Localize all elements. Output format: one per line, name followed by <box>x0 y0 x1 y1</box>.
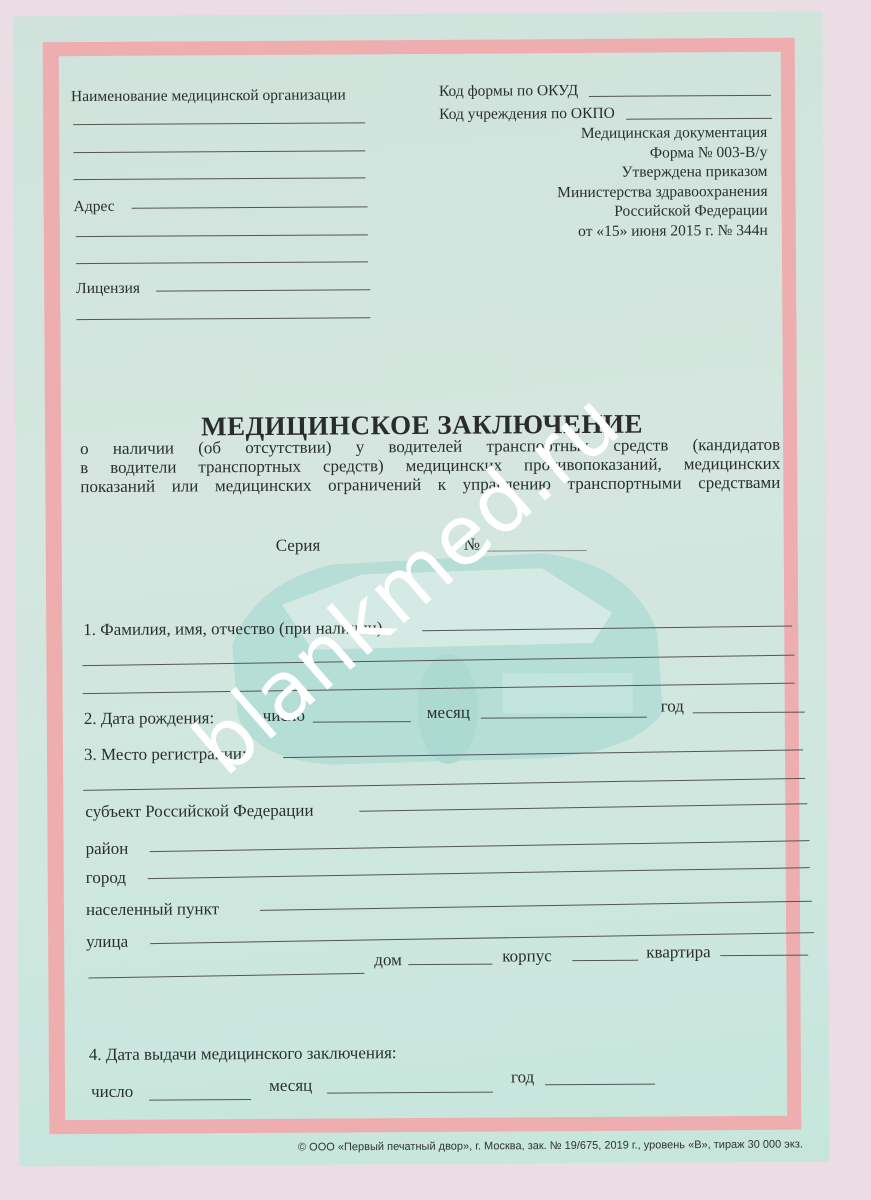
address-label: Адрес <box>74 199 115 215</box>
address-line-2[interactable] <box>76 234 368 237</box>
okpo-label: Код учреждения по ОКПО <box>439 106 615 123</box>
house-label: дом <box>374 951 402 968</box>
building-field[interactable] <box>572 960 638 961</box>
org-name-line-1[interactable] <box>73 122 365 125</box>
form-approval-block: Медицинская документация Форма № 003-В/у… <box>557 123 768 241</box>
doc-type: Медицинская документация <box>557 123 768 144</box>
ministry: Министерства здравоохранения <box>557 181 768 202</box>
issue-day-label: число <box>91 1083 133 1100</box>
org-name-line-2[interactable] <box>73 150 365 153</box>
section-4-issue-date-label: 4. Дата выдачи медицинского заключения: <box>89 1044 397 1063</box>
okud-field[interactable] <box>589 95 771 97</box>
subtitle-line-3: показаний или медицинских ограничений к … <box>80 473 780 496</box>
org-name-line-3[interactable] <box>73 177 365 180</box>
series-label: Серия <box>276 537 321 554</box>
license-line-2[interactable] <box>76 317 370 320</box>
address-extra-field[interactable] <box>88 973 364 979</box>
birth-month-label: месяц <box>427 704 470 721</box>
apartment-label: квартира <box>646 943 711 960</box>
document-subtitle: о наличии (об отсутствии) у водителей тр… <box>80 435 780 496</box>
issue-year-field[interactable] <box>545 1084 655 1086</box>
address-line-1[interactable] <box>132 206 368 208</box>
city-field[interactable] <box>148 867 810 879</box>
okud-label: Код формы по ОКУД <box>439 83 578 99</box>
address-line-3[interactable] <box>76 261 368 264</box>
district-label: район <box>86 840 129 857</box>
order-date: от «15» июня 2015 г. № 344н <box>557 220 768 241</box>
settlement-field[interactable] <box>260 901 812 911</box>
license-label: Лицензия <box>76 281 140 297</box>
birth-year-label: год <box>661 697 684 714</box>
org-name-label: Наименование медицинской организации <box>71 87 346 104</box>
settlement-label: населенный пункт <box>86 900 219 918</box>
issue-month-field[interactable] <box>327 1092 493 1094</box>
issue-month-label: месяц <box>269 1077 312 1094</box>
street-field[interactable] <box>150 932 814 944</box>
city-label: город <box>86 869 126 886</box>
street-label: улица <box>86 933 128 950</box>
approved-by: Утверждена приказом <box>557 162 768 183</box>
issue-year-label: год <box>511 1068 534 1085</box>
license-line-1[interactable] <box>156 289 370 291</box>
okpo-field[interactable] <box>626 118 772 120</box>
subject-label: субъект Российской Федерации <box>85 802 313 820</box>
federation: Российской Федерации <box>557 201 768 222</box>
district-field[interactable] <box>150 840 810 852</box>
issue-day-field[interactable] <box>149 1099 251 1101</box>
house-field[interactable] <box>408 964 492 966</box>
subject-field[interactable] <box>359 803 807 811</box>
form-number: Форма № 003-В/у <box>557 142 768 163</box>
building-label: корпус <box>502 947 552 964</box>
